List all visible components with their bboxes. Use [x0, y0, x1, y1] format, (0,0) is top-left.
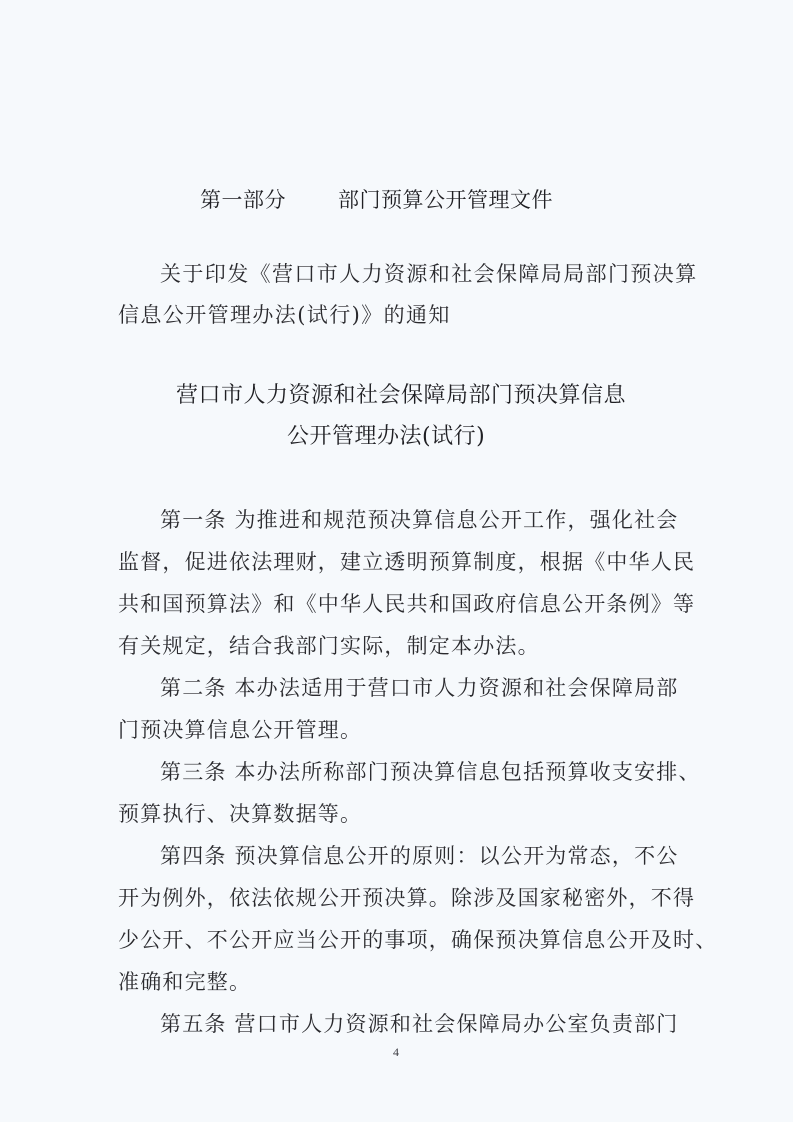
article-1-line-4: 有关规定，结合我部门实际，制定本办法。 [118, 633, 540, 659]
document-title-line-1: 营口市人力资源和社会保障局部门预决算信息 [176, 383, 626, 409]
article-1-line-1: 第一条 为推进和规范预决算信息公开工作，强化社会 [160, 507, 678, 533]
document-page: 第一部分部门预算公开管理文件 关于印发《营口市人力资源和社会保障局局部门预决算 … [0, 0, 793, 1122]
article-1-line-2: 监督，促进依法理财，建立透明预算制度，根据《中华人民 [118, 549, 695, 575]
article-3-line-2: 预算执行、决算数据等。 [118, 801, 362, 827]
article-4-line-3: 少公开、不公开应当公开的事项，确保预决算信息公开及时、 [118, 927, 717, 953]
article-2-line-2: 门预决算信息公开管理。 [118, 717, 362, 743]
notice-title-line-2: 信息公开管理办法(试行)》的通知 [118, 302, 451, 328]
article-4-line-1: 第四条 预决算信息公开的原则：以公开为常态，不公 [160, 843, 678, 869]
article-4-line-4: 准确和完整。 [118, 969, 251, 995]
article-3-line-1: 第三条 本办法所称部门预决算信息包括预算收支安排、 [160, 759, 701, 785]
part-label: 第一部分 [200, 188, 286, 212]
article-4-line-2: 开为例外，依法依规公开预决算。除涉及国家秘密外，不得 [118, 885, 695, 911]
notice-title-line-1: 关于印发《营口市人力资源和社会保障局局部门预决算 [160, 261, 698, 287]
part-heading: 部门预算公开管理文件 [338, 188, 553, 212]
article-5-line-1: 第五条 营口市人力资源和社会保障局办公室负责部门 [160, 1011, 678, 1037]
article-1-line-3: 共和国预算法》和《中华人民共和国政府信息公开条例》等 [118, 591, 695, 617]
article-2-line-1: 第二条 本办法适用于营口市人力资源和社会保障局部 [160, 675, 678, 701]
document-title-line-2: 公开管理办法(试行) [287, 424, 485, 450]
part-title: 第一部分部门预算公开管理文件 [200, 187, 553, 213]
page-number: 4 [393, 1045, 399, 1059]
